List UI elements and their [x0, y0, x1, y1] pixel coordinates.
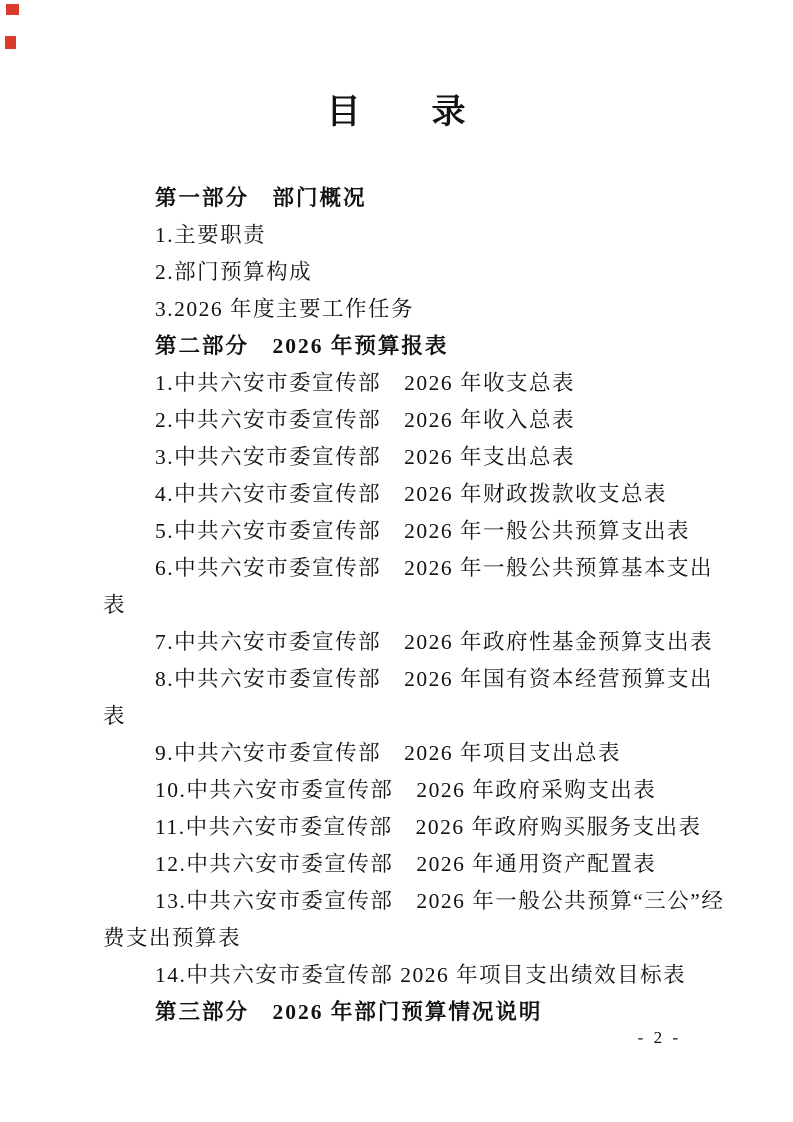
toc-entry: 14.中共六安市委宣传部 2026 年项目支出绩效目标表 [103, 957, 699, 994]
toc-entry: 6.中共六安市委宣传部 2026 年一般公共预算基本支出 [103, 550, 699, 587]
toc-entry: 4.中共六安市委宣传部 2026 年财政拨款收支总表 [103, 476, 699, 513]
document-page: 目 录 第一部分 部门概况1.主要职责2.部门预算构成3.2026 年度主要工作… [0, 0, 793, 1122]
page-title: 目 录 [0, 84, 793, 133]
red-corner-mark [5, 36, 16, 49]
toc-section-heading: 第一部分 部门概况 [103, 180, 699, 217]
toc-entry: 9.中共六安市委宣传部 2026 年项目支出总表 [103, 735, 699, 772]
toc-entry: 12.中共六安市委宣传部 2026 年通用资产配置表 [103, 846, 699, 883]
toc-section-heading: 第三部分 2026 年部门预算情况说明 [103, 994, 699, 1031]
toc-line-continuation: 表 [103, 698, 699, 735]
toc-entry: 2.中共六安市委宣传部 2026 年收入总表 [103, 402, 699, 439]
toc-entry: 7.中共六安市委宣传部 2026 年政府性基金预算支出表 [103, 624, 699, 661]
toc-entry: 2.部门预算构成 [103, 254, 699, 291]
toc-entry: 1.主要职责 [103, 217, 699, 254]
toc-entry: 11.中共六安市委宣传部 2026 年政府购买服务支出表 [103, 809, 699, 846]
toc-entry: 8.中共六安市委宣传部 2026 年国有资本经营预算支出 [103, 661, 699, 698]
toc-entry: 13.中共六安市委宣传部 2026 年一般公共预算“三公”经 [103, 883, 699, 920]
toc-entry: 10.中共六安市委宣传部 2026 年政府采购支出表 [103, 772, 699, 809]
toc-entry: 5.中共六安市委宣传部 2026 年一般公共预算支出表 [103, 513, 699, 550]
toc-line-continuation: 费支出预算表 [103, 920, 699, 957]
toc-section-heading: 第二部分 2026 年预算报表 [103, 328, 699, 365]
toc-entry: 3.2026 年度主要工作任务 [103, 291, 699, 328]
toc-entry: 1.中共六安市委宣传部 2026 年收支总表 [103, 365, 699, 402]
table-of-contents: 第一部分 部门概况1.主要职责2.部门预算构成3.2026 年度主要工作任务第二… [103, 180, 699, 1031]
red-corner-mark [6, 4, 19, 15]
toc-line-continuation: 表 [103, 587, 699, 624]
toc-entry: 3.中共六安市委宣传部 2026 年支出总表 [103, 439, 699, 476]
page-number: - 2 - [638, 1028, 681, 1048]
